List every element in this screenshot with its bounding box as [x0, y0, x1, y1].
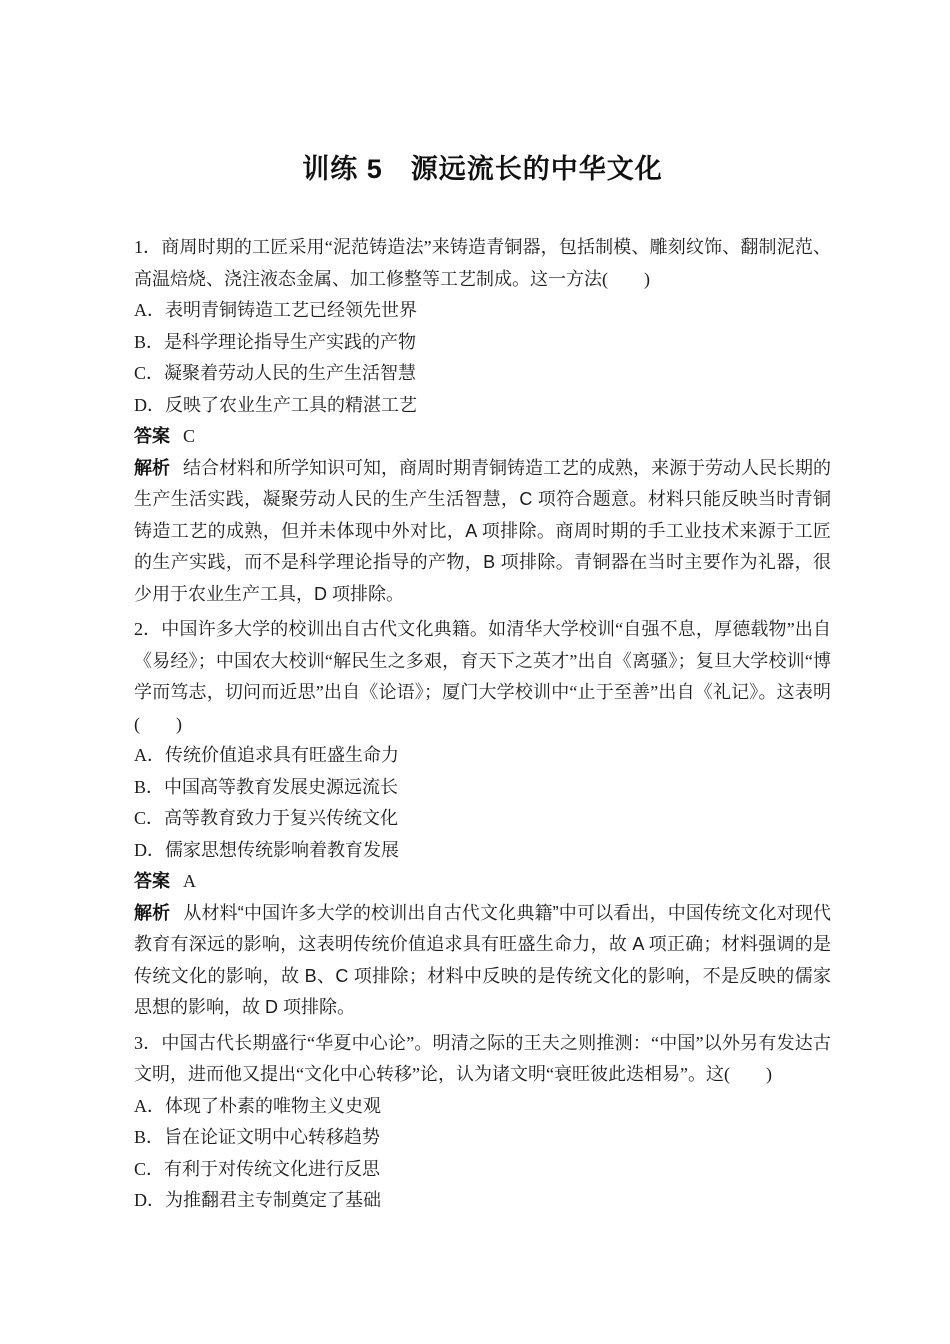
question-2-answer-line: 答案A	[134, 866, 831, 898]
answer-value: C	[183, 426, 195, 446]
question-2-stem: 2．中国许多大学的校训出自古代文化典籍。如清华大学校训“自强不息，厚德载物”出自…	[134, 614, 831, 740]
question-1-option-d: D．反映了农业生产工具的精湛工艺	[134, 390, 831, 422]
question-2-analysis: 解析从材料“中国许多大学的校训出自古代文化典籍”中可以看出，中国传统文化对现代教…	[134, 898, 831, 1024]
document-page: 训练 5 源远流长的中华文化 1．商周时期的工匠采用“泥范铸造法”来铸造青铜器，…	[0, 0, 950, 1344]
question-3: 3．中国古代长期盛行“华夏中心论”。明清之际的王夫之则推测：“中国”以外另有发达…	[134, 1028, 831, 1217]
page-title: 训练 5 源远流长的中华文化	[134, 152, 831, 186]
question-3-option-d: D．为推翻君主专制奠定了基础	[134, 1185, 831, 1217]
question-1-stem: 1．商周时期的工匠采用“泥范铸造法”来铸造青铜器，包括制模、雕刻纹饰、翻制泥范、…	[134, 232, 831, 295]
analysis-text: 结合材料和所学知识可知，商周时期青铜铸造工艺的成熟，来源于劳动人民长期的生产生活…	[134, 458, 831, 604]
question-1-analysis: 解析结合材料和所学知识可知，商周时期青铜铸造工艺的成熟，来源于劳动人民长期的生产…	[134, 453, 831, 611]
analysis-label: 解析	[134, 903, 170, 923]
question-1-option-b: B．是科学理论指导生产实践的产物	[134, 327, 831, 359]
question-3-option-a: A．体现了朴素的唯物主义史观	[134, 1091, 831, 1123]
analysis-text: 从材料“中国许多大学的校训出自古代文化典籍”中可以看出，中国传统文化对现代教育有…	[134, 903, 831, 1018]
question-1-option-a: A．表明青铜铸造工艺已经领先世界	[134, 295, 831, 327]
question-3-option-b: B．旨在论证文明中心转移趋势	[134, 1122, 831, 1154]
question-1-option-c: C．凝聚着劳动人民的生产生活智慧	[134, 358, 831, 390]
document-content: 训练 5 源远流长的中华文化 1．商周时期的工匠采用“泥范铸造法”来铸造青铜器，…	[134, 152, 831, 1217]
question-2-option-a: A．传统价值追求具有旺盛生命力	[134, 740, 831, 772]
answer-label: 答案	[134, 426, 170, 446]
question-1-answer-line: 答案C	[134, 421, 831, 453]
question-1: 1．商周时期的工匠采用“泥范铸造法”来铸造青铜器，包括制模、雕刻纹饰、翻制泥范、…	[134, 232, 831, 610]
answer-label: 答案	[134, 871, 170, 891]
answer-value: A	[183, 871, 196, 891]
question-2-option-d: D．儒家思想传统影响着教育发展	[134, 835, 831, 867]
question-2-option-c: C．高等教育致力于复兴传统文化	[134, 803, 831, 835]
question-2-option-b: B．中国高等教育发展史源远流长	[134, 772, 831, 804]
question-2: 2．中国许多大学的校训出自古代文化典籍。如清华大学校训“自强不息，厚德载物”出自…	[134, 614, 831, 1024]
question-3-stem: 3．中国古代长期盛行“华夏中心论”。明清之际的王夫之则推测：“中国”以外另有发达…	[134, 1028, 831, 1091]
analysis-label: 解析	[134, 458, 170, 478]
question-3-option-c: C．有利于对传统文化进行反思	[134, 1154, 831, 1186]
